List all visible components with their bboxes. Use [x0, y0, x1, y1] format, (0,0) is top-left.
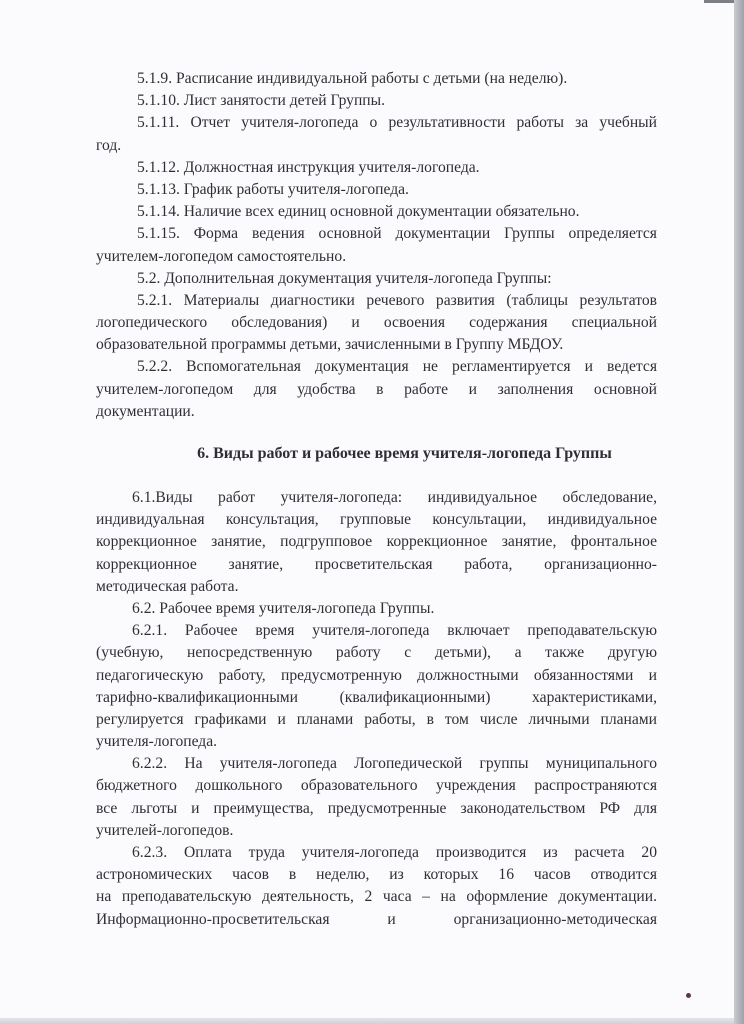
item-6-2: 6.2. Рабочее время учителя-логопеда Груп…	[96, 598, 657, 620]
scan-speck	[686, 993, 691, 998]
item-6-2-1-line-6: учителя-логопеда.	[96, 731, 657, 753]
item-6-1-line-2: индивидуальная консультация, групповые к…	[96, 509, 657, 531]
item-6-2-1-line-3: педагогическую работу, предусмотренную д…	[96, 665, 657, 687]
item-5-1-11-line-1: 5.1.11. Отчет учителя-логопеда о результ…	[112, 112, 657, 134]
item-5-2-2-line-1: 5.2.2. Вспомогательная документация не р…	[112, 356, 657, 378]
section-6-heading: 6. Виды работ и рабочее время учителя-ло…	[112, 443, 657, 465]
item-5-1-10: 5.1.10. Лист занятости детей Группы.	[112, 90, 657, 112]
item-5-1-14: 5.1.14. Наличие всех единиц основной док…	[112, 201, 657, 223]
item-6-2-2-line-3: все льготы и преимущества, предусмотренн…	[96, 798, 657, 820]
item-5-1-15-line-1: 5.1.15. Форма ведения основной документа…	[112, 223, 657, 245]
item-6-2-1-line-2: (учебную, непосредственную работу с деть…	[96, 642, 657, 664]
item-5-2-2-line-2: учителем-логопедом для удобства в работе…	[96, 379, 657, 401]
item-6-2-1-line-4: тарифно-квалификационными (квалификацион…	[96, 687, 657, 709]
scan-right-edge	[734, 0, 744, 1024]
item-5-2-2-line-3: документации.	[96, 401, 657, 423]
item-6-2-1-line-5: регулируется графиками и планами работы,…	[96, 709, 657, 731]
item-5-2-1-line-3: образовательной программы детьми, зачисл…	[96, 334, 657, 356]
item-5-1-13: 5.1.13. График работы учителя-логопеда.	[112, 179, 657, 201]
item-6-1-line-4: коррекционное занятие, просветительская …	[96, 554, 657, 576]
document-body: 5.1.9. Расписание индивидуальной работы …	[112, 68, 657, 931]
item-5-1-11-line-2: год.	[96, 135, 657, 157]
item-6-2-2-line-1: 6.2.2. На учителя-логопеда Логопедическо…	[96, 753, 657, 775]
item-6-2-1-line-1: 6.2.1. Рабочее время учителя-логопеда вк…	[96, 620, 657, 642]
scanned-page: 5.1.9. Расписание индивидуальной работы …	[0, 0, 734, 1018]
scan-top-edge	[704, 0, 734, 3]
item-6-1-line-3: коррекционное занятие, подгрупповое корр…	[96, 531, 657, 553]
item-6-2-2-line-4: учителей-логопедов.	[96, 820, 657, 842]
item-6-2-2-line-2: бюджетного дошкольного образовательного …	[96, 775, 657, 797]
item-5-1-15-line-2: учителем-логопедом самостоятельно.	[96, 246, 657, 268]
item-5-1-9: 5.1.9. Расписание индивидуальной работы …	[112, 68, 657, 90]
scan-bottom-edge	[0, 1018, 734, 1024]
item-5-1-12: 5.1.12. Должностная инструкция учителя-л…	[112, 157, 657, 179]
item-5-2-1-line-2: логопедического обследования) и освоения…	[96, 312, 657, 334]
item-6-2-3-line-1: 6.2.3. Оплата труда учителя-логопеда про…	[96, 842, 657, 864]
item-5-2-title: 5.2. Дополнительная документация учителя…	[112, 268, 657, 290]
item-6-1-line-1: 6.1.Виды работ учителя-логопеда: индивид…	[96, 487, 657, 509]
item-6-2-3-line-3: на преподавательскую деятельность, 2 час…	[96, 886, 657, 908]
item-6-2-3-line-4: Информационно-просветительская и организ…	[96, 909, 657, 931]
item-6-2-3-line-2: астрономических часов в неделю, из котор…	[96, 864, 657, 886]
item-6-1-line-5: методическая работа.	[96, 576, 657, 598]
item-5-2-1-line-1: 5.2.1. Материалы диагностики речевого ра…	[112, 290, 657, 312]
